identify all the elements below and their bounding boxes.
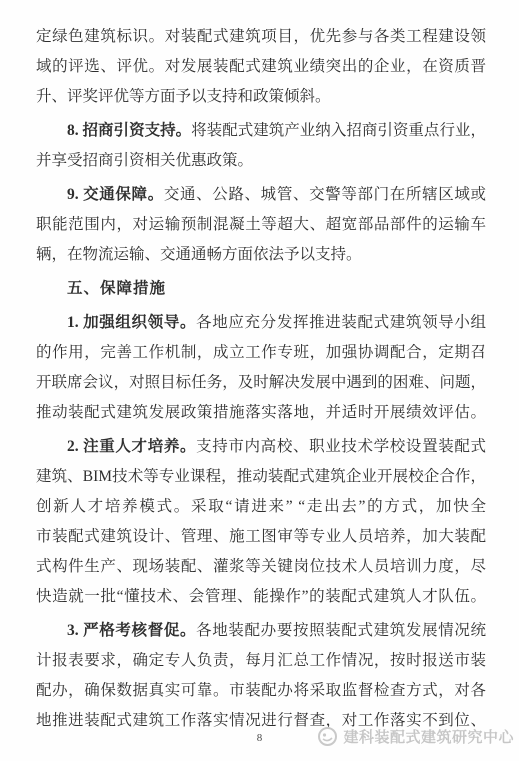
page-body: 定绿色建筑标识。对装配式建筑项目，优先参与各类工程建设领 域的评选、评优。对发展…: [36, 22, 486, 736]
line-text: 各地应充分发挥推进装配式建筑领导小组: [196, 314, 486, 331]
text-line: 辆，在物流运输、交通通畅方面依法予以支持。: [36, 240, 486, 270]
line-text: 各地装配办要按照装配式建筑发展情况统: [196, 622, 486, 639]
bold-lead: 2. 注重人才培养。: [67, 438, 196, 455]
line-text: 推动装配式建筑发展政策措施落实落地，并适时开展绩效评估。: [36, 404, 486, 421]
text-line: 配办，确保数据真实可靠。市装配办将采取监督检查方式，对各: [36, 676, 486, 706]
line-text: 计报表要求，确定专人负责，每月汇总工作情况，按时报送市装: [36, 652, 486, 669]
heading-text: 五、保障措施: [67, 280, 166, 297]
text-line: 快造就一批“懂技术、会管理、能操作”的装配式建筑人才队伍。: [36, 582, 486, 612]
line-text: 开联席会议，对照目标任务，及时解决发展中遇到的困难、问题，: [36, 374, 486, 391]
line-text: 市装配式建筑设计、管理、施工图审等专业人员培养，加大装配: [36, 528, 486, 545]
document-page: 定绿色建筑标识。对装配式建筑项目，优先参与各类工程建设领 域的评选、评优。对发展…: [0, 0, 519, 761]
text-line: 定绿色建筑标识。对装配式建筑项目，优先参与各类工程建设领: [36, 22, 486, 52]
text-line: 3. 严格考核督促。各地装配办要按照装配式建筑发展情况统: [36, 616, 486, 646]
line-text: 并享受招商引资相关优惠政策。: [36, 152, 253, 169]
text-line: 建筑、BIM技术等专业课程，推动装配式建筑企业开展校企合作，: [36, 462, 486, 492]
line-text: 配办，确保数据真实可靠。市装配办将采取监督检查方式，对各: [36, 682, 486, 699]
text-line: 计报表要求，确定专人负责，每月汇总工作情况，按时报送市装: [36, 646, 486, 676]
text-line: 的作用，完善工作机制，成立工作专班，加强协调配合，定期召: [36, 338, 486, 368]
line-text: 式构件生产、现场装配、灌浆等关键岗位技术人员培训力度，尽: [36, 558, 486, 575]
watermark-logo-icon: [317, 726, 338, 747]
line-text: 的作用，完善工作机制，成立工作专班，加强协调配合，定期召: [36, 344, 486, 361]
text-line: 市装配式建筑设计、管理、施工图审等专业人员培养，加大装配: [36, 522, 486, 552]
line-text: 建筑、BIM技术等专业课程，推动装配式建筑企业开展校企合作，: [36, 468, 486, 485]
bold-lead: 8. 招商引资支持。: [67, 122, 191, 139]
text-line: 式构件生产、现场装配、灌浆等关键岗位技术人员培训力度，尽: [36, 552, 486, 582]
line-text: 支持市内高校、职业技术学校设置装配式: [196, 438, 486, 455]
text-line: 9. 交通保障。交通、公路、城管、交警等部门在所辖区域或: [36, 180, 486, 210]
line-text: 升、评奖评优等方面予以支持和政策倾斜。: [36, 88, 331, 105]
text-line: 创新人才培养模式。采取“请进来” “走出去”的方式，加快全: [36, 492, 486, 522]
watermark-text: 建科装配式建筑研究中心: [343, 726, 514, 747]
line-text: 将装配式建筑产业纳入招商引资重点行业，: [191, 122, 486, 139]
bold-lead: 1. 加强组织领导。: [67, 314, 196, 331]
line-text: 创新人才培养模式。采取“请进来” “走出去”的方式，加快全: [36, 498, 486, 515]
text-line: 域的评选、评优。对发展装配式建筑业绩突出的企业，在资质晋: [36, 52, 486, 82]
text-line: 并享受招商引资相关优惠政策。: [36, 146, 486, 176]
text-line: 升、评奖评优等方面予以支持和政策倾斜。: [36, 82, 486, 112]
line-text: 辆，在物流运输、交通通畅方面依法予以支持。: [36, 246, 362, 263]
line-text: 域的评选、评优。对发展装配式建筑业绩突出的企业，在资质晋: [36, 58, 486, 75]
text-line: 开联席会议，对照目标任务，及时解决发展中遇到的困难、问题，: [36, 368, 486, 398]
line-text: 职能范围内，对运输预制混凝土等超大、超宽部品部件的运输车: [36, 216, 486, 233]
text-line: 职能范围内，对运输预制混凝土等超大、超宽部品部件的运输车: [36, 210, 486, 240]
section-heading: 五、保障措施: [36, 274, 486, 304]
line-text: 快造就一批“懂技术、会管理、能操作”的装配式建筑人才队伍。: [36, 588, 486, 605]
watermark: 建科装配式建筑研究中心: [317, 726, 514, 747]
text-line: 推动装配式建筑发展政策措施落实落地，并适时开展绩效评估。: [36, 398, 486, 428]
line-text: 交通、公路、城管、交警等部门在所辖区域或: [164, 186, 486, 203]
text-line: 8. 招商引资支持。将装配式建筑产业纳入招商引资重点行业，: [36, 116, 486, 146]
text-line: 2. 注重人才培养。支持市内高校、职业技术学校设置装配式: [36, 432, 486, 462]
line-text: 定绿色建筑标识。对装配式建筑项目，优先参与各类工程建设领: [36, 28, 486, 45]
bold-lead: 9. 交通保障。: [67, 186, 164, 203]
bold-lead: 3. 严格考核督促。: [67, 622, 196, 639]
text-line: 1. 加强组织领导。各地应充分发挥推进装配式建筑领导小组: [36, 308, 486, 338]
